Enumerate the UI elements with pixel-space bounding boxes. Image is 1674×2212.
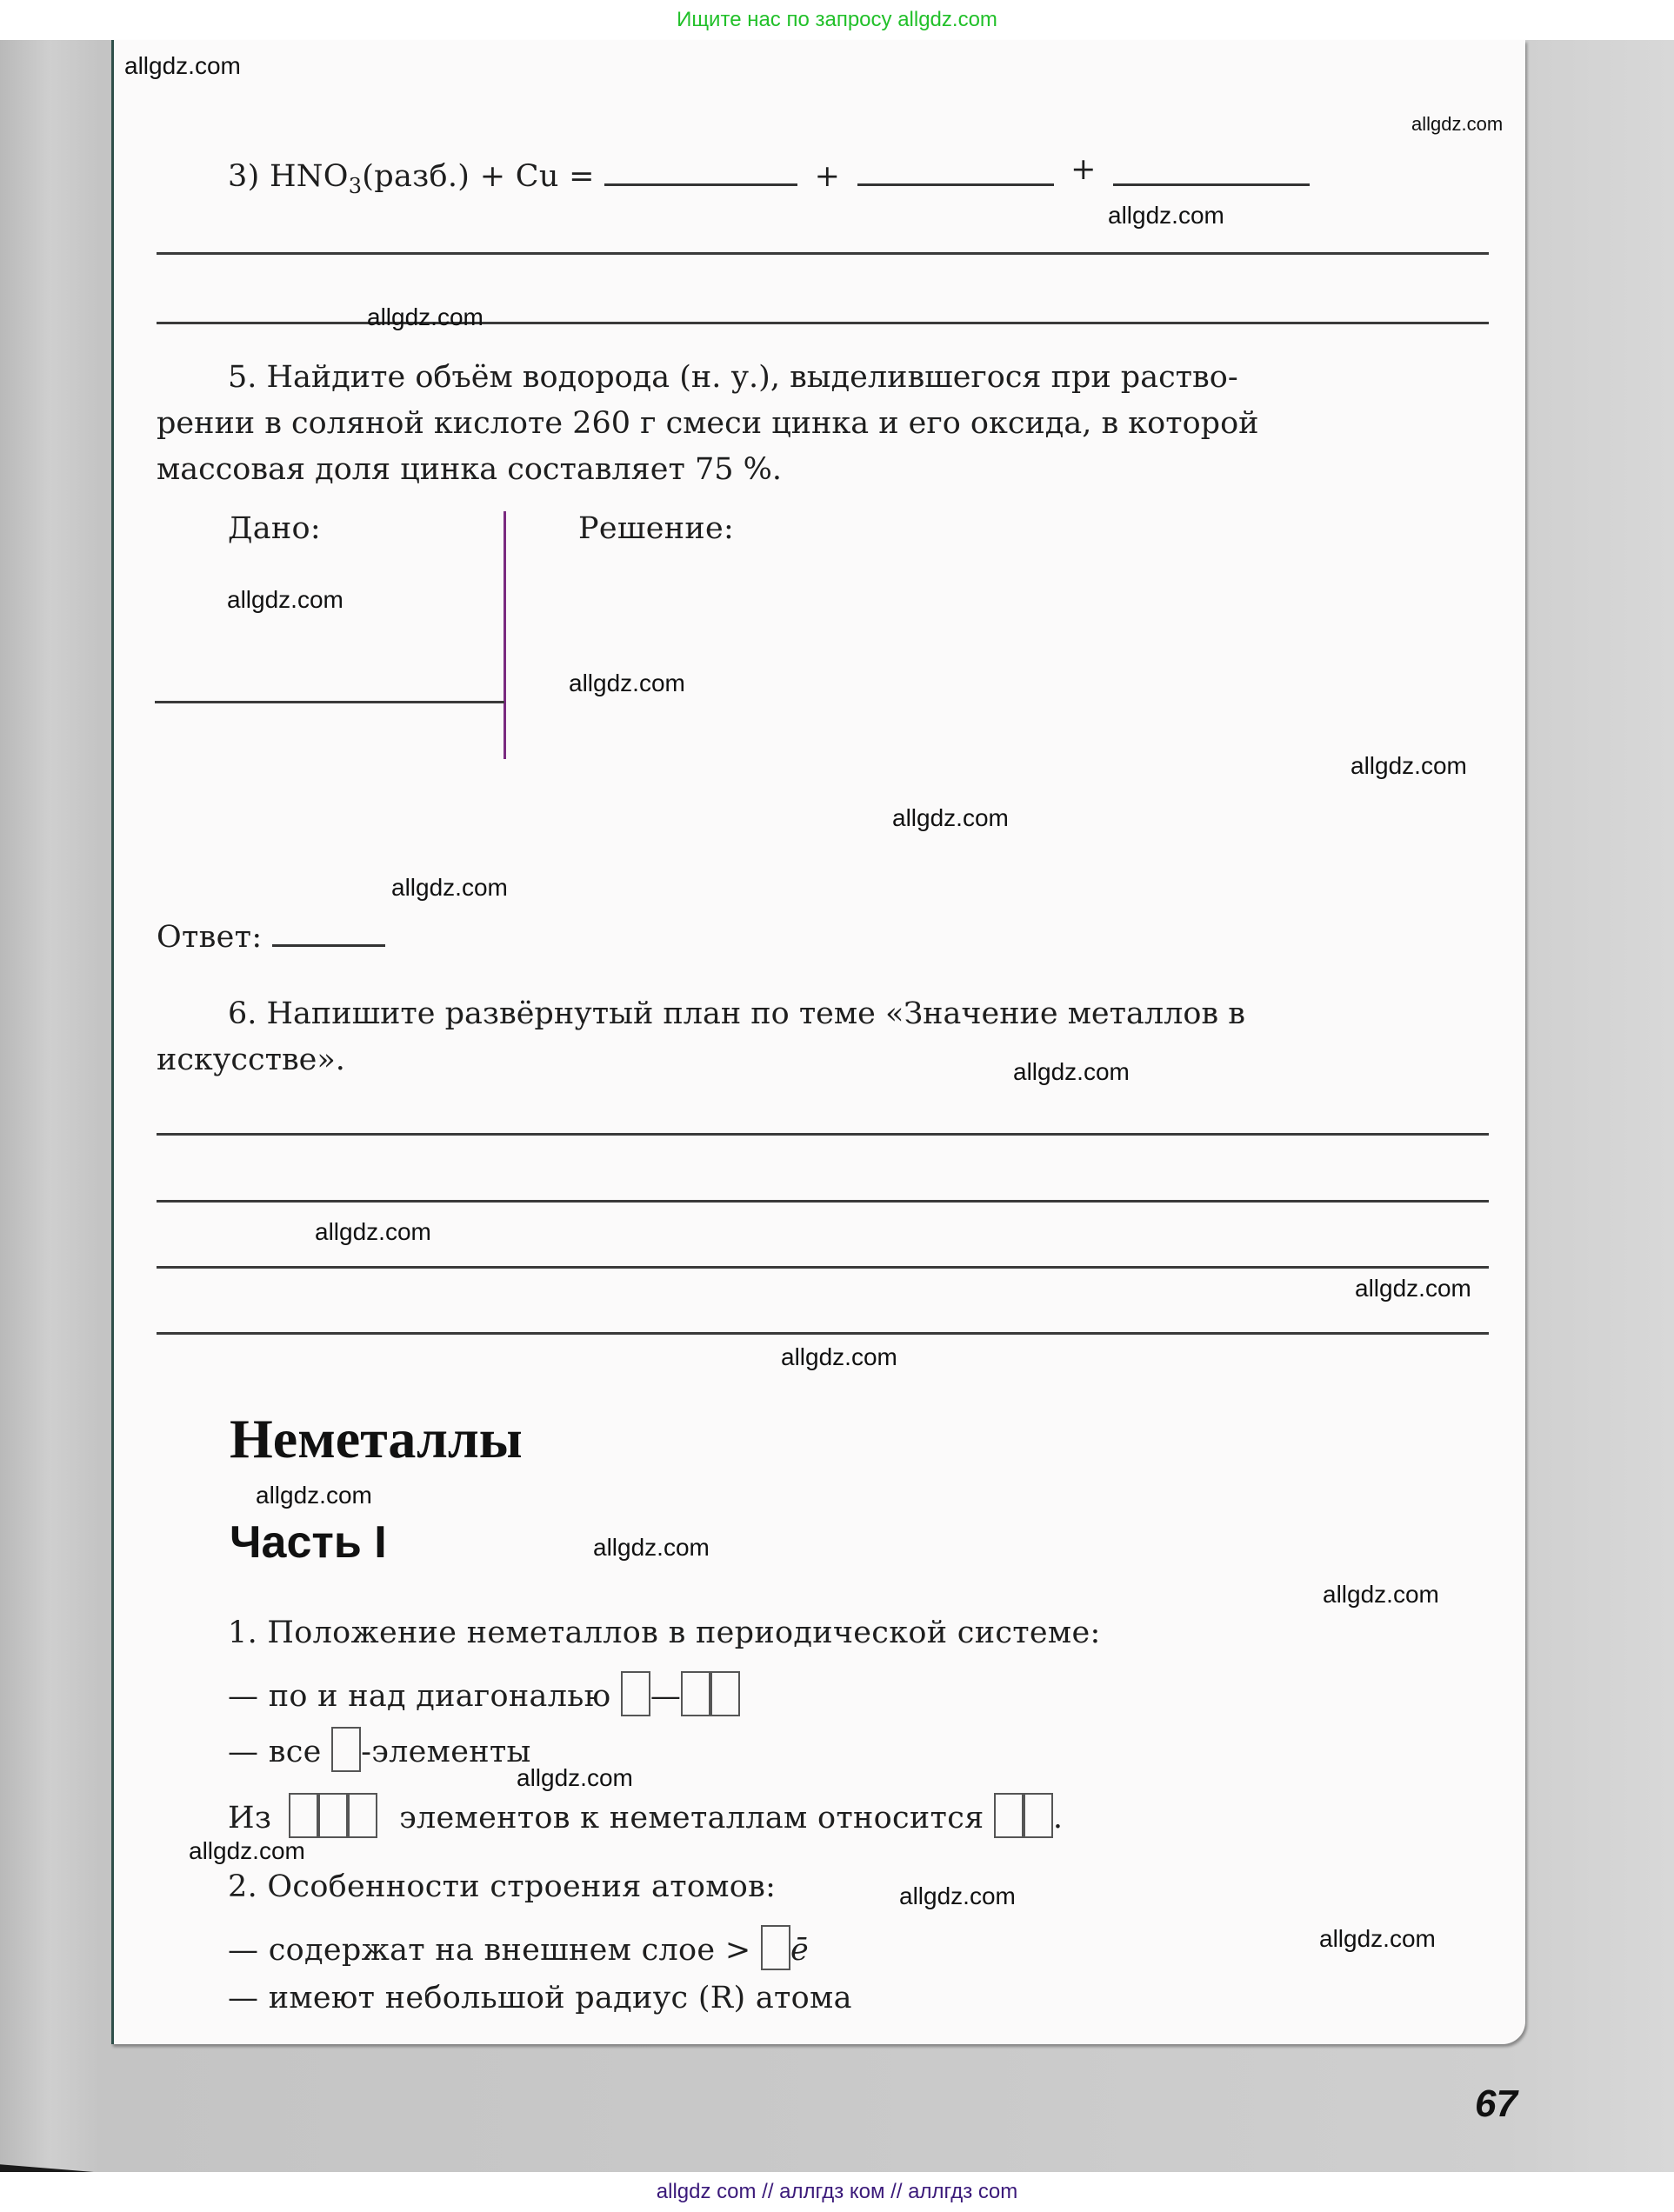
- task3-reagent2: Cu: [516, 159, 559, 194]
- all-text: — все: [228, 1735, 322, 1769]
- part-title: Часть I: [230, 1516, 387, 1569]
- watermark: allgdz.com: [1108, 202, 1224, 230]
- watermark: allgdz.com: [256, 1482, 372, 1509]
- task3-reagent1: HNO: [270, 159, 349, 194]
- product-blank-3[interactable]: [1113, 160, 1310, 186]
- watermark: allgdz.com: [569, 670, 685, 697]
- watermark: allgdz.com: [517, 1764, 633, 1792]
- electron-symbol: ē: [790, 1933, 809, 1968]
- header-banner: Ищите нас по запросу allgdz.com: [0, 0, 1674, 40]
- answer-label: Ответ:: [157, 920, 262, 955]
- watermark: allgdz.com: [367, 303, 484, 331]
- plus-sign: +: [1070, 152, 1097, 187]
- answer-blank[interactable]: [272, 921, 385, 947]
- task5-line: 5. Найдите объём водорода (н. у.), выдел…: [157, 355, 1489, 401]
- footer-banner: allgdz com // аллгдз ком // аллгдз com: [0, 2172, 1674, 2212]
- watermark: allgdz.com: [1013, 1058, 1130, 1086]
- period: .: [1053, 1801, 1063, 1836]
- answer-line[interactable]: [157, 322, 1489, 324]
- product-blank-2[interactable]: [857, 160, 1054, 186]
- task5-line: массовая доля цинка составляет 75 %.: [157, 447, 1489, 493]
- count-box[interactable]: [1024, 1793, 1053, 1838]
- page-number: 67: [1475, 2082, 1517, 2126]
- task1-item-diagonal: — по и над диагональю —: [228, 1671, 740, 1716]
- equals-sign: =: [569, 159, 595, 194]
- footer-banner-text: allgdz com // аллгдз ком // аллгдз com: [657, 2180, 1017, 2204]
- count-box[interactable]: [318, 1793, 348, 1838]
- elements-suffix: -элементы: [361, 1735, 531, 1769]
- watermark: allgdz.com: [1319, 1925, 1436, 1953]
- count-box[interactable]: [289, 1793, 318, 1838]
- element-box[interactable]: [681, 1671, 710, 1716]
- given-solution-divider: [504, 511, 506, 759]
- header-banner-text: Ищите нас по запросу allgdz.com: [677, 8, 997, 32]
- given-separator-line: [155, 701, 504, 703]
- task6-line: искусстве».: [157, 1037, 1489, 1083]
- watermark: allgdz.com: [1351, 752, 1467, 780]
- watermark: allgdz.com: [124, 52, 241, 80]
- watermark: allgdz.com: [227, 586, 343, 614]
- watermark: allgdz.com: [1323, 1581, 1439, 1609]
- watermark: allgdz.com: [1411, 113, 1503, 136]
- task5-text: 5. Найдите объём водорода (н. у.), выдел…: [157, 355, 1489, 493]
- watermark: allgdz.com: [315, 1218, 431, 1246]
- sentence-middle: элементов к неметаллам относится: [399, 1801, 984, 1836]
- task2-heading: 2. Особенности строения атомов:: [228, 1869, 776, 1904]
- product-blank-1[interactable]: [604, 160, 797, 186]
- solution-label: Решение:: [578, 511, 734, 546]
- plus-sign: +: [815, 159, 841, 194]
- watermark: allgdz.com: [899, 1882, 1016, 1910]
- electron-count-box[interactable]: [761, 1925, 790, 1970]
- watermark: allgdz.com: [189, 1837, 305, 1865]
- task5-line: рении в соляной кислоте 260 г смеси цинк…: [157, 401, 1489, 447]
- dash: —: [650, 1679, 681, 1714]
- plan-line[interactable]: [157, 1266, 1489, 1269]
- plan-line[interactable]: [157, 1133, 1489, 1136]
- given-label: Дано:: [228, 511, 321, 546]
- answer-row: Ответ:: [157, 920, 385, 955]
- from-text: Из: [228, 1801, 271, 1836]
- task3-label: 3): [228, 159, 260, 194]
- watermark: allgdz.com: [391, 874, 508, 902]
- plus-sign: +: [480, 159, 506, 194]
- element-box[interactable]: [621, 1671, 650, 1716]
- watermark: allgdz.com: [892, 804, 1009, 832]
- task3-reagent1-subscript: 3: [349, 174, 363, 198]
- task6-line: 6. Напишите развёрнутый план по теме «Зн…: [157, 991, 1489, 1037]
- outer-layer-text: — содержат на внешнем слое >: [228, 1933, 751, 1968]
- block-box[interactable]: [331, 1727, 361, 1772]
- diagonal-text: — по и над диагональю: [228, 1679, 610, 1714]
- plan-line[interactable]: [157, 1200, 1489, 1203]
- task1-item-block: — все -элементы: [228, 1727, 531, 1772]
- watermark: allgdz.com: [1355, 1275, 1471, 1303]
- task3-equation: 3) HNO3(разб.) + Cu = + +: [228, 159, 1310, 198]
- answer-line[interactable]: [157, 252, 1489, 255]
- task2-item-electrons: — содержат на внешнем слое > ē: [228, 1925, 809, 1970]
- plan-line[interactable]: [157, 1332, 1489, 1335]
- task1-sentence: Из элементов к неметаллам относится .: [228, 1793, 1063, 1838]
- task3-reagent1-note: (разб.): [362, 159, 470, 194]
- count-box[interactable]: [994, 1793, 1024, 1838]
- section-title: Неметаллы: [230, 1407, 523, 1471]
- count-box[interactable]: [348, 1793, 377, 1838]
- task1-heading: 1. Положение неметаллов в периодической …: [228, 1616, 1101, 1650]
- watermark: allgdz.com: [593, 1534, 710, 1562]
- task6-text: 6. Напишите развёрнутый план по теме «Зн…: [157, 991, 1489, 1083]
- task2-item-radius: — имеют небольшой радиус (R) атома: [228, 1981, 852, 2015]
- watermark: allgdz.com: [781, 1343, 897, 1371]
- element-box[interactable]: [710, 1671, 740, 1716]
